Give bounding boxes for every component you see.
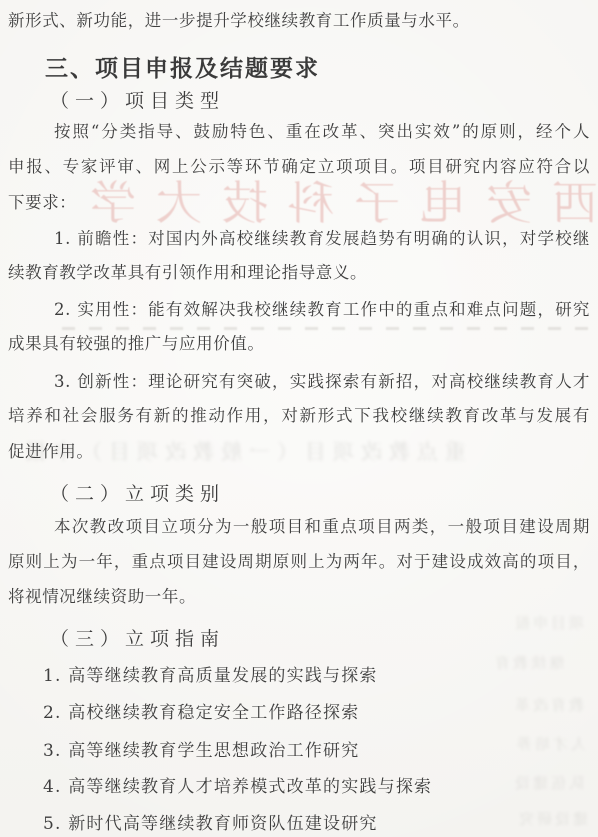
bleedthrough-dashed-row [62,327,598,330]
paragraph-line: 申报、专家评审、网上公示等环节确定立项项目。项目研究内容应符合以 [8,154,590,179]
bleedthrough-fragment: 队伍建设 [512,772,584,793]
bleedthrough-fragment: 教育改革 [512,694,584,715]
subsection-title-1: （一）项目类型 [50,86,225,113]
requirement-1-line: 续教育教学改革具有引领作用和理论指导意义。 [8,260,590,285]
guide-item-2: 2. 高校继续教育稳定安全工作路径探索 [43,698,359,723]
subsection-title-2: （二）立项类别 [50,479,225,506]
paragraph-line: 本次教改项目立项分为一般项目和重点项目两类，一般项目建设周期 [8,514,590,539]
guide-item-4: 4. 高等继续教育人才培养模式改革的实践与探索 [43,772,432,797]
requirement-2-line: 成果具有较强的推广与应用价值。 [8,331,590,356]
section-heading: 三、项目申报及结题要求 [45,50,320,83]
paragraph-line: 按照“分类指导、鼓励特色、重在改革、突出实效”的原则，经个人 [8,119,590,144]
scanned-document-page: 西安电子科技大学 重点教改项目（一般教改项目）申报 项目申报 继续教育 教育改革… [0,0,598,837]
bleedthrough-fragment: 人才培养 [514,733,586,754]
bleedthrough-fragment: 继续教育 [492,652,564,673]
paragraph-line: 将视情况继续资助一年。 [8,584,590,609]
guide-item-3: 3. 高等继续教育学生思想政治工作研究 [43,736,359,761]
paragraph-line: 原则上为一年，重点项目建设周期原则上为两年。对于建设成效高的项目， [8,549,590,574]
paragraph-line: 下要求： [8,190,590,215]
requirement-3-line: 促进作用。 [8,439,590,464]
bleedthrough-fragment: 项目申报 [512,612,584,633]
requirement-1-line: 1. 前瞻性：对国内外高校继续教育发展趋势有明确的认识，对学校继 [8,226,590,251]
requirement-3-line: 3. 创新性：理论研究有突破，实践探索有新招，对高校继续教育人才 [8,369,590,394]
guide-item-5: 5. 新时代高等继续教育师资队伍建设研究 [43,809,378,834]
requirement-3-line: 培养和社会服务有新的推动作用，对新形式下我校继续教育改革与发展有 [8,403,590,428]
bleedthrough-fragment: 建设研究 [516,808,588,829]
paragraph-tail-line: 新形式、新功能，进一步提升学校继续教育工作质量与水平。 [8,8,590,33]
requirement-2-line: 2. 实用性：能有效解决我校继续教育工作中的重点和难点问题，研究 [8,297,590,322]
guide-item-1: 1. 高等继续教育高质量发展的实践与探索 [43,661,378,686]
subsection-title-3: （三）立项指南 [50,624,225,651]
